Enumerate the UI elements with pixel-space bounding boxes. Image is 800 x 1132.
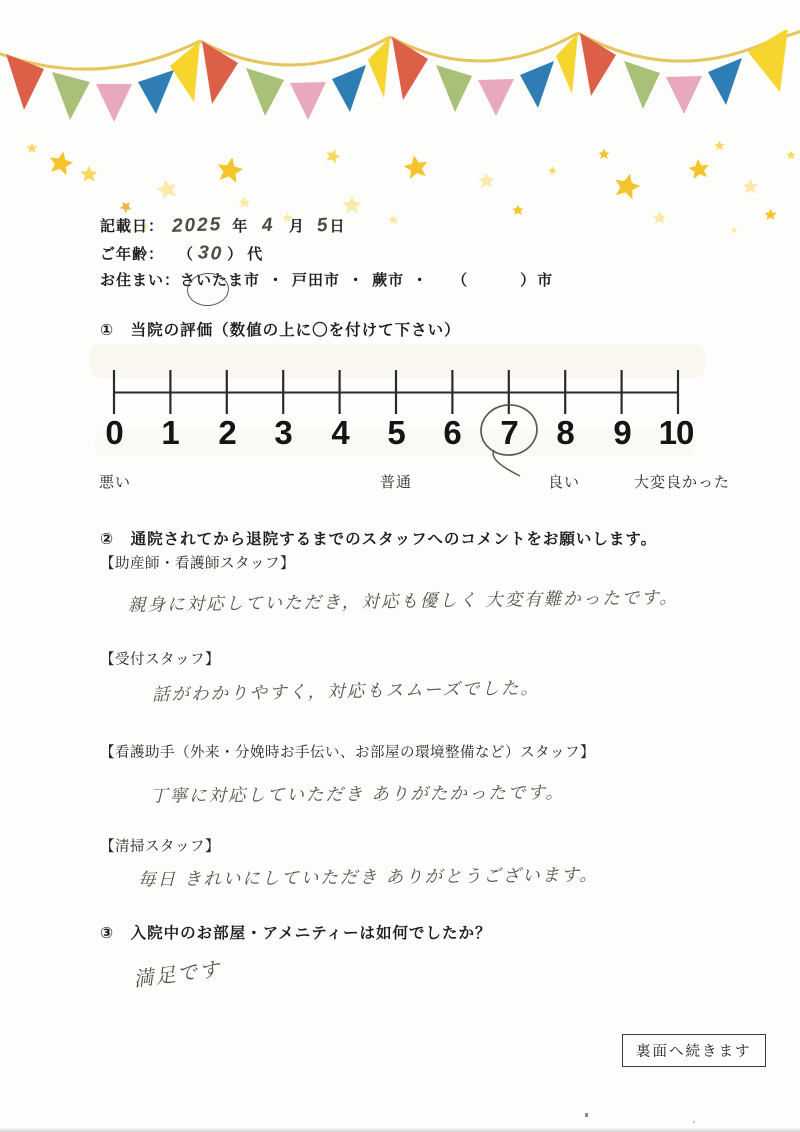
- rating-scale: 0 1 2 3 4 5 6 7 8 9 10: [111, 368, 691, 478]
- comment-reception: 話がわかりやすく，対応もスムーズでした。: [152, 675, 540, 707]
- scale-number-10: 10: [653, 416, 699, 451]
- age-field-line: ご年齢： （ 30 ） 代: [100, 243, 263, 265]
- question1-heading: ① 当院の評価（数値の上に〇を付けて下さい）: [100, 318, 461, 340]
- scale-label-verygood: 大変良かった: [634, 471, 730, 492]
- date-label: 記載日：: [100, 215, 164, 236]
- scale-number-2: 2: [204, 416, 250, 451]
- section-label-reception: 【受付スタッフ】: [100, 648, 220, 669]
- residence-field-line: お住まい： さいたま市 ・ 戸田市 ・ 蕨市 ・ （ ）市: [100, 269, 554, 290]
- date-field-line: 記載日： 2025 年 4 月 5 日: [100, 215, 346, 237]
- scale-number-6: 6: [429, 416, 475, 451]
- separator-dot: ・: [268, 269, 284, 290]
- scanned-survey-page: 記載日： 2025 年 4 月 5 日 ご年齢： （ 30 ） 代 お住まい： …: [0, 0, 800, 1132]
- question2-heading: ② 通院されてから退院するまでのスタッフへのコメントをお願いします。: [100, 527, 657, 549]
- separator-dot: ・: [348, 269, 364, 290]
- answer-room-amenity: 満足です: [132, 953, 223, 993]
- residence-label: お住まい：: [100, 269, 180, 290]
- date-year-handwritten: 2025: [172, 214, 223, 238]
- date-month-handwritten: 4: [262, 215, 276, 238]
- residence-selection-circle: [186, 272, 230, 308]
- date-day-unit: 日: [329, 215, 345, 236]
- comment-cleaning: 毎日 きれいにしていただき ありがとうございます。: [138, 862, 599, 892]
- scale-number-7-selected: 7: [486, 416, 532, 451]
- age-value-handwritten: 30: [197, 242, 224, 266]
- section-label-midwife-nurse: 【助産師・看護師スタッフ】: [100, 552, 295, 573]
- scale-number-4: 4: [317, 416, 363, 451]
- scale-number-8: 8: [542, 416, 588, 451]
- scale-label-good: 良い: [548, 471, 580, 492]
- bunting-flags-icon: [0, 30, 800, 240]
- residence-city-warabi: 蕨市: [372, 269, 404, 290]
- comment-nursing-assistant: 丁寧に対応していただき ありがたかったです。: [150, 779, 565, 808]
- residence-city-toda: 戸田市: [292, 269, 340, 290]
- scale-number-0: 0: [91, 416, 137, 451]
- age-paren-close: ）: [227, 243, 243, 264]
- scan-speck: [585, 1113, 588, 1117]
- comment-midwife-nurse: 親身に対応していただき，対応も優しく 大変有難かったです。: [128, 584, 679, 617]
- scale-number-5: 5: [373, 416, 419, 451]
- residence-other: （ ）市: [452, 269, 554, 290]
- date-month-unit: 月: [289, 215, 305, 236]
- scale-label-bad: 悪い: [99, 471, 131, 492]
- scale-number-1: 1: [147, 416, 193, 451]
- separator-dot: ・: [412, 269, 428, 290]
- scan-speck: [693, 1121, 695, 1123]
- date-year-unit: 年: [232, 215, 248, 236]
- section-label-nursing-assistant: 【看護助手（外来・分娩時お手伝い、お部屋の環境整備など）スタッフ】: [100, 741, 595, 762]
- scale-number-9: 9: [599, 416, 645, 451]
- rating-scale-axis: [111, 368, 691, 416]
- age-paren-open: （: [178, 243, 194, 264]
- date-day-handwritten: 5: [316, 214, 331, 237]
- scale-label-normal: 普通: [380, 471, 412, 492]
- section-label-cleaning: 【清掃スタッフ】: [100, 835, 220, 856]
- continue-on-back-box: 裏面へ続きます: [622, 1034, 766, 1067]
- age-unit: 代: [247, 243, 263, 264]
- scale-number-3: 3: [260, 416, 306, 451]
- age-label: ご年齢：: [100, 243, 164, 264]
- question3-heading: ③ 入院中のお部屋・アメニティーは如何でしたか？: [100, 921, 491, 943]
